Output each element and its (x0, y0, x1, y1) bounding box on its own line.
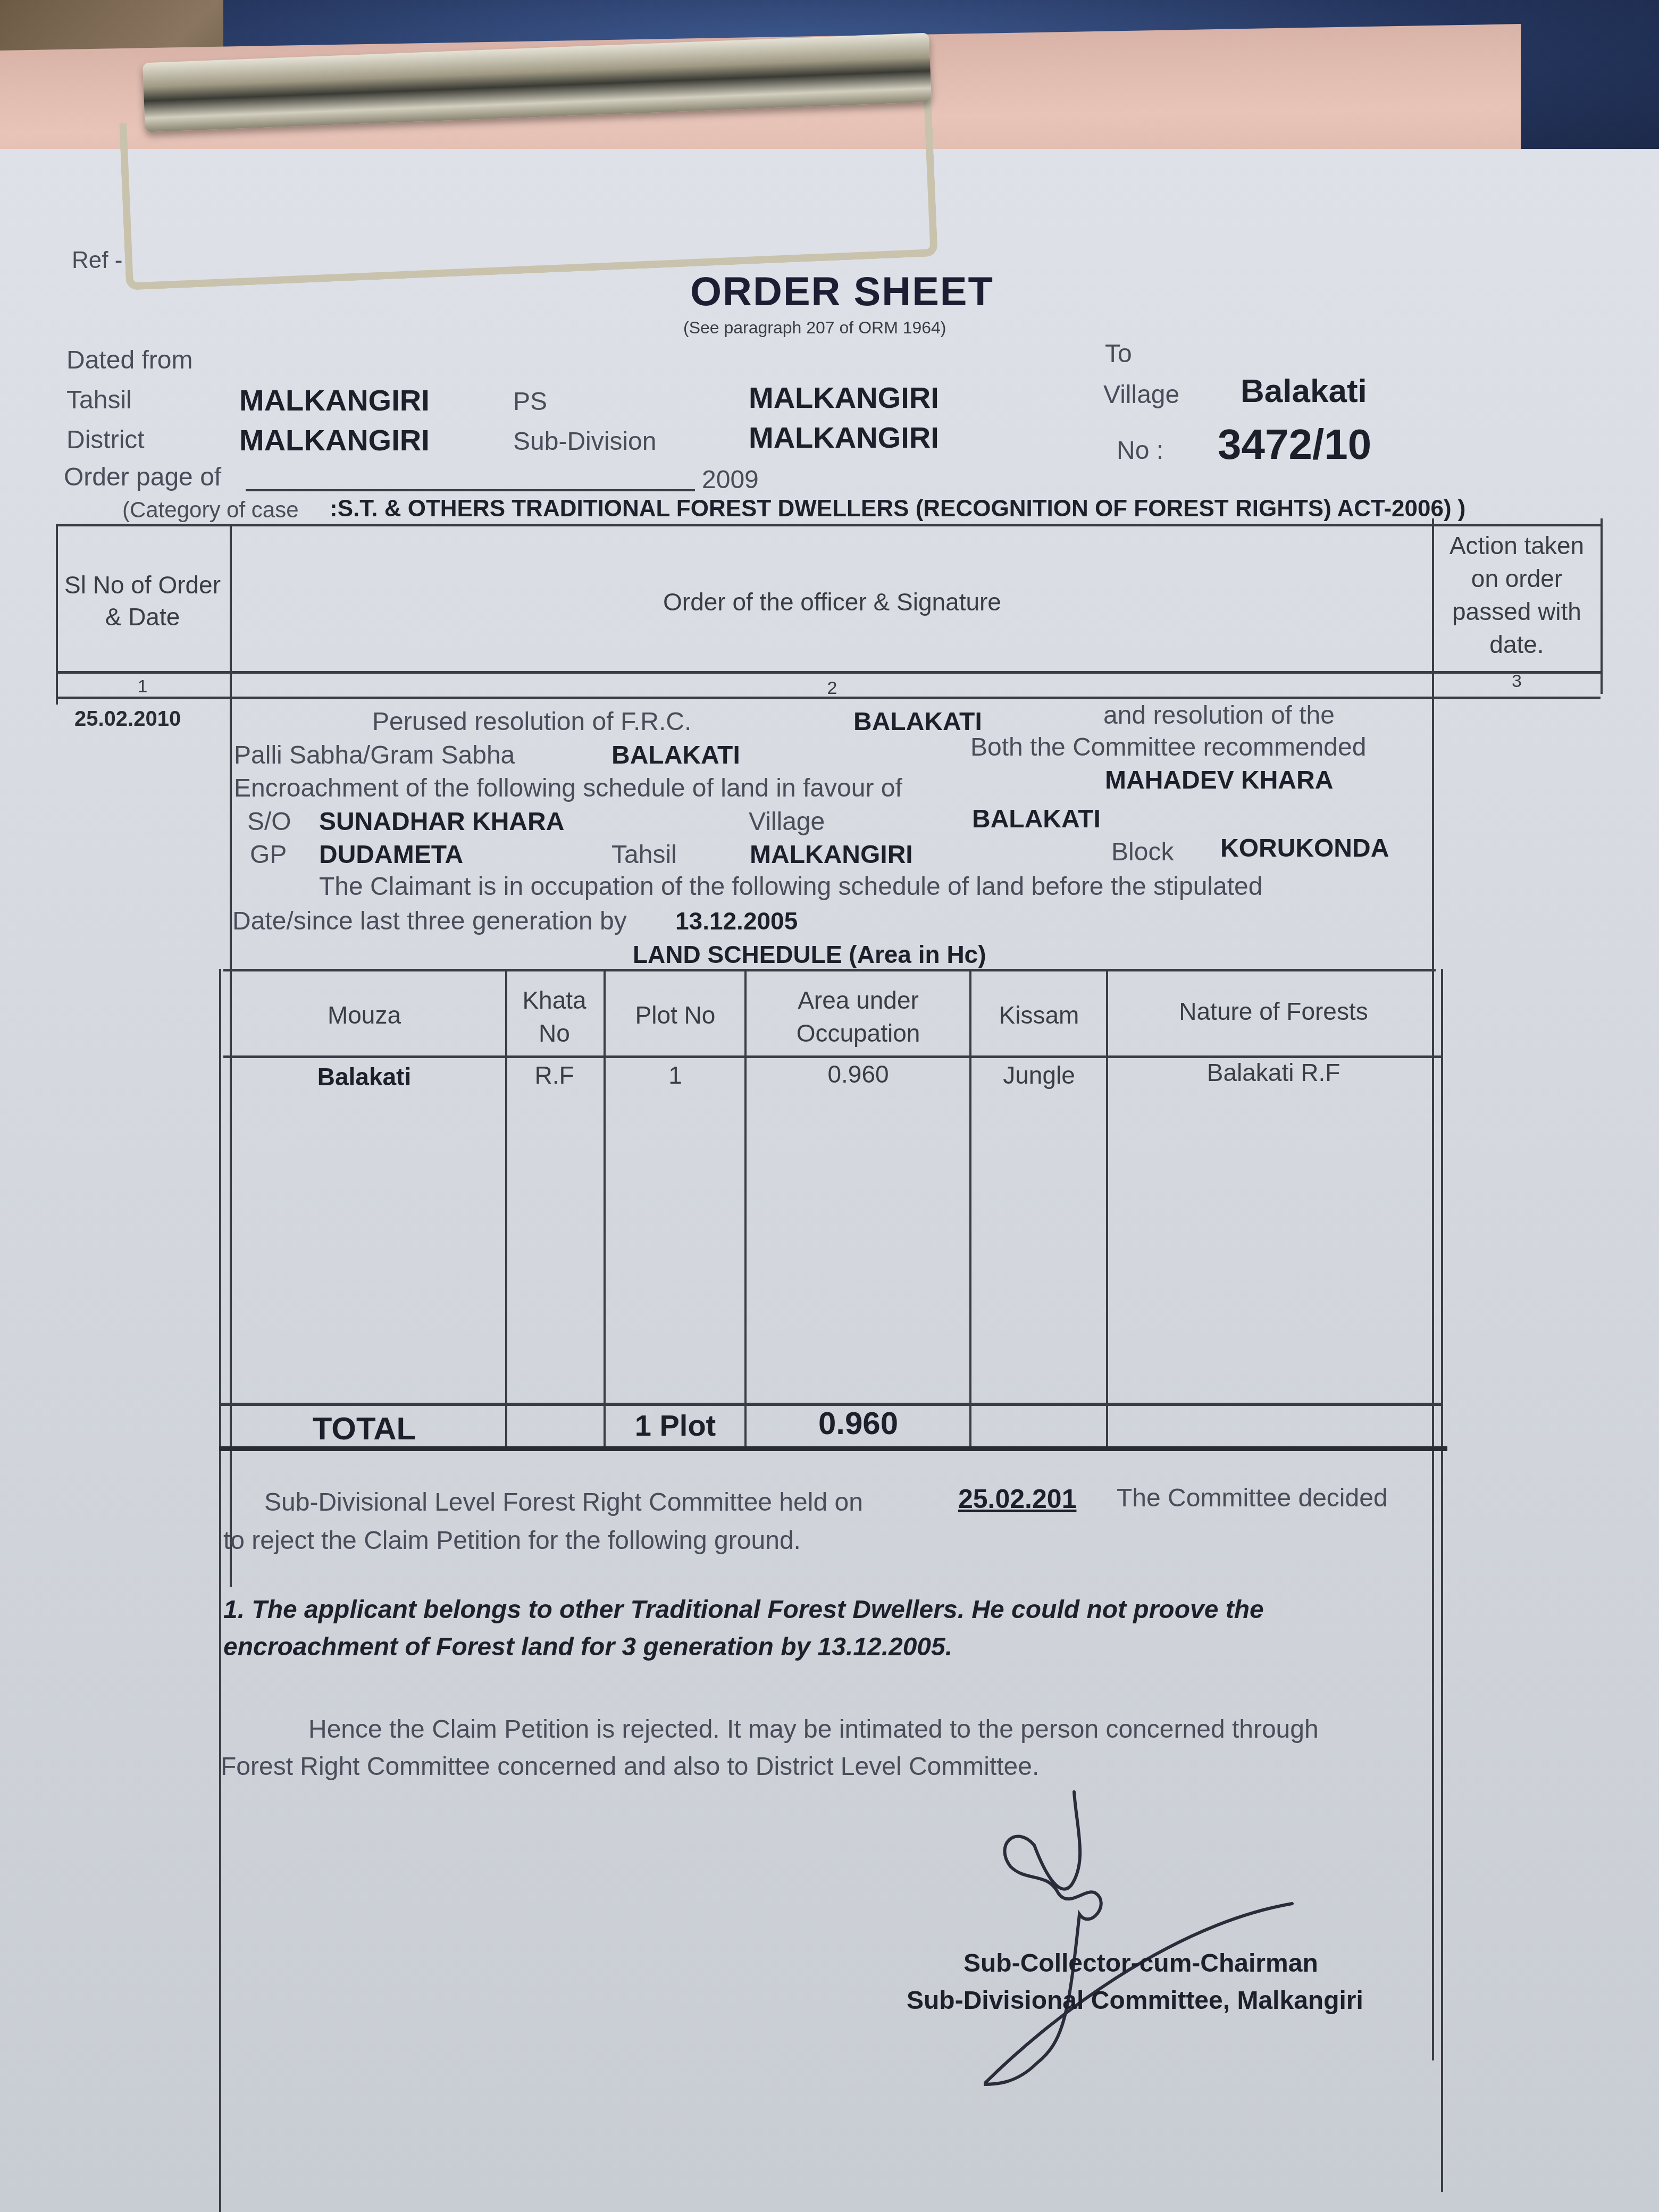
tahsil-value: MALKANGIRI (239, 383, 430, 417)
tahsil-label-body: Tahsil (611, 840, 677, 869)
col-number-3: 3 (1436, 671, 1598, 692)
village-value: Balakati (1241, 372, 1367, 410)
order-page-blank (246, 489, 695, 491)
father-name: SUNADHAR KHARA (319, 807, 564, 836)
occupation-line2: Date/since last three generation by (232, 907, 627, 936)
col-header-order: Order of the officer & Signature (234, 588, 1430, 616)
gp-label: GP (250, 840, 287, 869)
col-header-action: Action taken on order passed with date. (1436, 529, 1598, 661)
schedule-row-khata: R.F (508, 1061, 601, 1090)
signatory-title: Sub-Collector-cum-Chairman (963, 1949, 1318, 1978)
schedule-header-plot: Plot No (606, 1001, 744, 1029)
schedule-header-mouza: Mouza (223, 1001, 505, 1029)
table-right-border (1601, 518, 1603, 694)
schedule-col-divider-1 (505, 969, 507, 1450)
village-label: Village (1103, 380, 1179, 409)
schedule-top-border (223, 969, 1436, 971)
table-top-border (56, 524, 1601, 526)
to-label: To (1105, 339, 1132, 368)
number-row-divider (56, 697, 1601, 699)
signatory-committee: Sub-Divisional Committee, Malkangiri (907, 1986, 1363, 2015)
header-divider (56, 671, 1601, 674)
total-label: TOTAL (223, 1410, 505, 1447)
page-title: ORDER SHEET (690, 269, 994, 315)
col-number-1: 1 (57, 676, 228, 697)
total-area: 0.960 (747, 1405, 969, 1442)
gp-value: DUDAMETA (319, 840, 463, 869)
schedule-col-divider-2 (604, 969, 606, 1450)
case-no-label: No : (1117, 436, 1163, 465)
schedule-row-area: 0.960 (747, 1060, 969, 1088)
frc-name: BALAKATI (853, 707, 982, 736)
schedule-col-divider-3 (744, 969, 747, 1450)
order-sheet-paper (0, 149, 1659, 2212)
schedule-row-plot: 1 (606, 1061, 744, 1090)
body-line2-b: Both the Committee recommended (970, 733, 1366, 762)
decision-line2: to reject the Claim Petition for the fol… (223, 1526, 801, 1555)
village-label-body: Village (749, 807, 825, 836)
schedule-header-area: Area under Occupation (747, 984, 969, 1050)
district-label: District (66, 425, 145, 455)
ps-label: PS (513, 387, 547, 416)
schedule-col-divider-5 (1106, 969, 1108, 1450)
schedule-col-divider-4 (969, 969, 971, 1450)
occupation-date: 13.12.2005 (675, 907, 798, 935)
schedule-row-nature: Balakati R.F (1109, 1058, 1438, 1087)
tahsil-label: Tahsil (66, 386, 132, 415)
dated-from-label: Dated from (66, 346, 192, 375)
page-subtitle: (See paragraph 207 of ORM 1964) (683, 318, 946, 338)
category-value: :S.T. & OTHERS TRADITIONAL FOREST DWELLE… (330, 496, 1466, 522)
order-date: 25.02.2010 (74, 707, 181, 731)
decision-line1-a: Sub-Divisional Level Forest Right Commit… (264, 1488, 863, 1517)
schedule-header-khata: Khata No (508, 984, 601, 1050)
conclusion-line1: Hence the Claim Petition is rejected. It… (308, 1715, 1319, 1744)
col-number-2: 2 (234, 678, 1430, 699)
gram-sabha-name: BALAKATI (611, 741, 740, 770)
total-plots: 1 Plot (606, 1408, 744, 1443)
village-body: BALAKATI (972, 805, 1101, 834)
ps-value: MALKANGIRI (749, 380, 939, 415)
tahsil-body: MALKANGIRI (750, 840, 913, 869)
rejection-ground-line1: 1. The applicant belongs to other Tradit… (223, 1595, 1264, 1624)
schedule-row-kissam: Jungle (972, 1061, 1106, 1090)
rejection-ground-line2: encroachment of Forest land for 3 genera… (223, 1632, 952, 1662)
schedule-header-kissam: Kissam (972, 1001, 1106, 1029)
col2-divider (1432, 518, 1434, 2060)
subdivision-value: MALKANGIRI (749, 420, 939, 455)
year-value: 2009 (702, 465, 759, 495)
district-value: MALKANGIRI (239, 423, 430, 457)
schedule-left-border (219, 969, 221, 2212)
col-header-sl-no: Sl No of Order & Date (57, 569, 228, 633)
subdivision-label: Sub-Division (513, 427, 656, 456)
block-label: Block (1111, 837, 1174, 867)
block-value: KORUKONDA (1220, 834, 1389, 863)
body-line1-b: and resolution of the (1103, 701, 1335, 730)
conclusion-line2: Forest Right Committee concerned and als… (221, 1752, 1039, 1781)
order-page-label: Order page of (64, 463, 221, 492)
body-line3-a: Encroachment of the following schedule o… (234, 774, 902, 803)
case-no-value: 3472/10 (1218, 420, 1371, 469)
ref-text: Ref - (72, 247, 122, 274)
decision-line1-b: The Committee decided (1117, 1484, 1388, 1513)
category-label: (Category of case (122, 497, 299, 523)
meeting-date: 25.02.201 (958, 1484, 1076, 1514)
schedule-right-border (1441, 969, 1443, 2192)
body-line2-a: Palli Sabha/Gram Sabha (234, 741, 515, 770)
body-line1-a: Perused resolution of F.R.C. (372, 707, 691, 736)
total-row-bottom-border (219, 1446, 1447, 1451)
schedule-row-mouza: Balakati (223, 1062, 505, 1091)
so-label: S/O (247, 807, 291, 836)
occupation-line1: The Claimant is in occupation of the fol… (319, 872, 1262, 901)
claimant-name: MAHADEV KHARA (1105, 766, 1333, 795)
land-schedule-title: LAND SCHEDULE (Area in Hc) (633, 940, 986, 969)
signature-icon (984, 1787, 1356, 2106)
schedule-header-nature: Nature of Forests (1109, 997, 1438, 1026)
